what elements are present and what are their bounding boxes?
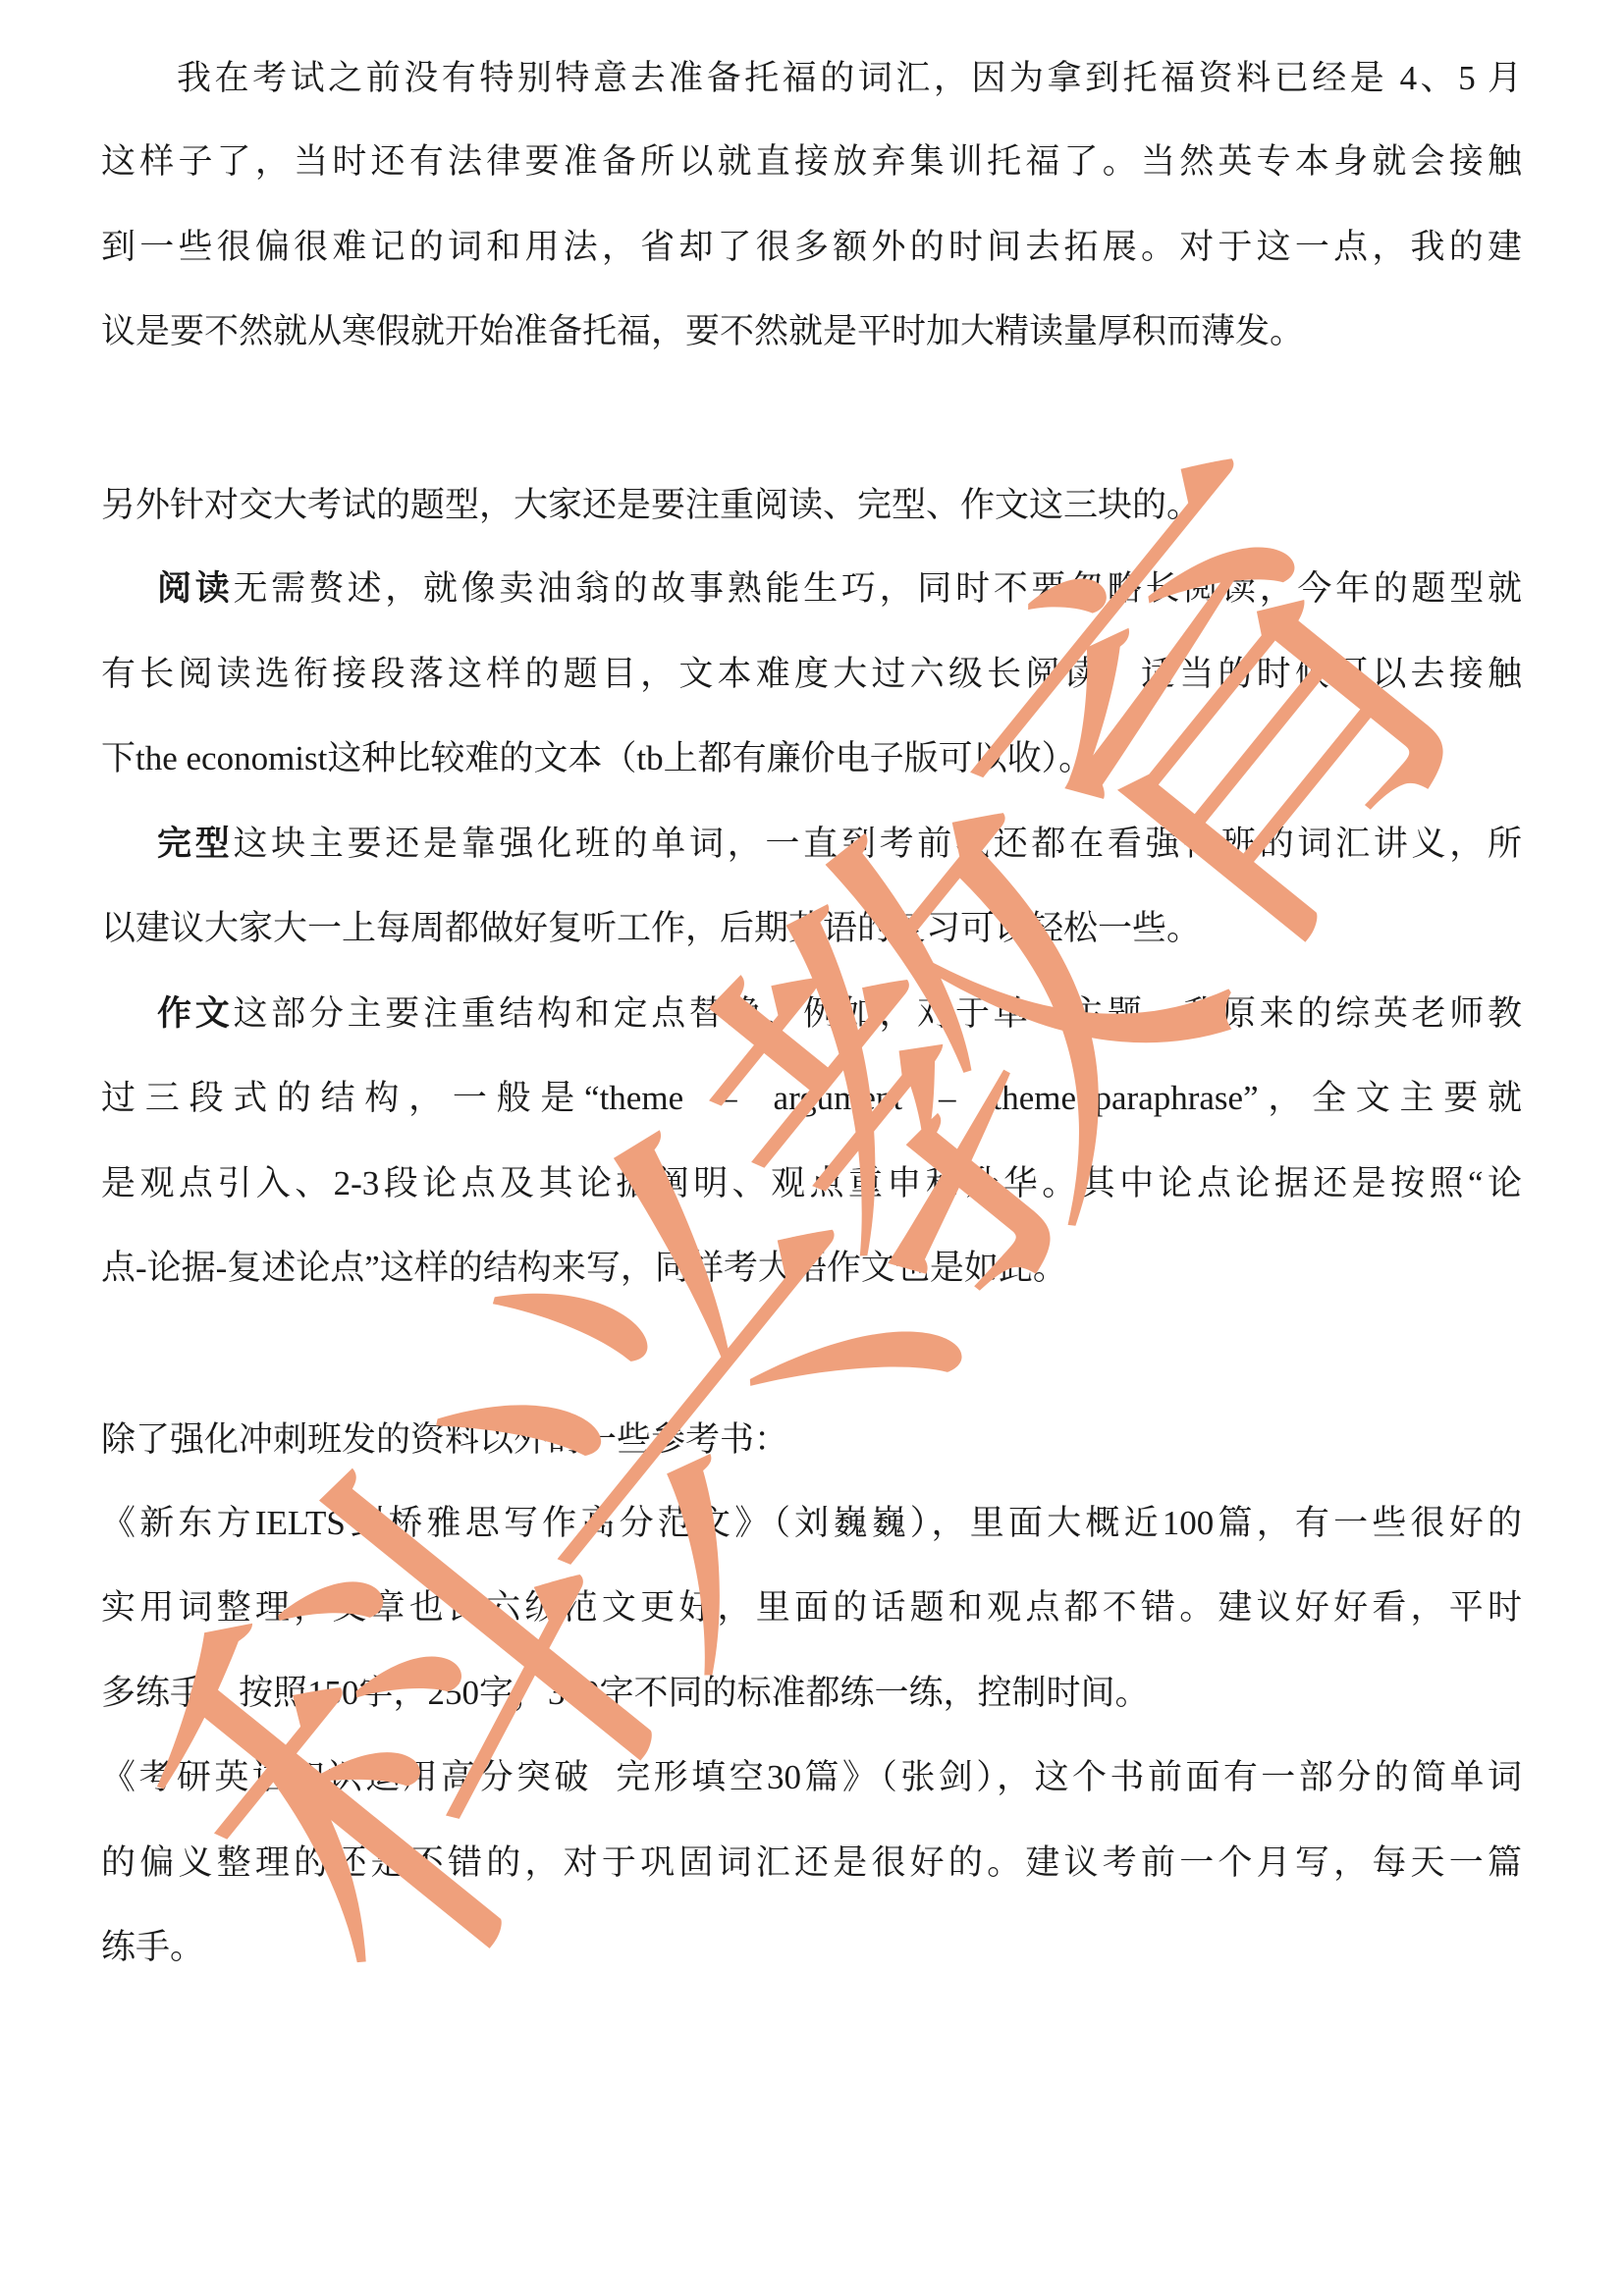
document-page: 我在考试之前没有特别特意去准备托福的词汇，因为拿到托福资料已经是 4、5 月 这…: [0, 0, 1624, 2296]
writing-heading: 作文: [157, 994, 233, 1033]
cloze-heading: 完型: [157, 825, 233, 863]
paragraph-line: 另外针对交大考试的题型，大家还是要注重阅读、完型、作文这三块的。: [101, 476, 1522, 535]
paragraph-line: 过三段式的结构，一般是“theme – argument – theme par…: [101, 1069, 1522, 1128]
paragraph-line: 到一些很偏很难记的词和用法，省却了很多额外的时间去拓展。对于这一点，我的建: [101, 218, 1522, 277]
paragraph-line: 点-论据-复述论点”这样的结构来写，同样考大语作文也是如此。: [101, 1239, 1522, 1298]
paragraph-line: 多练手。按照150字，250字，300字不同的标准都练一练，控制时间。: [101, 1664, 1522, 1723]
paragraph-line: 练手。: [101, 1918, 1522, 1977]
paragraph-line: 以建议大家大一上每周都做好复听工作，后期英语的复习可以轻松一些。: [101, 899, 1522, 958]
paragraph-line: 我在考试之前没有特别特意去准备托福的词汇，因为拿到托福资料已经是 4、5 月: [177, 49, 1522, 108]
paragraph-line: 下the economist这种比较难的文本（tb上都有廉价电子版可以收）。: [101, 729, 1522, 788]
paragraph-line: 除了强化冲刺班发的资料以外的一些参考书：: [101, 1411, 1522, 1469]
paragraph-text: 这块主要还是靠强化班的单词，一直到考前我还都在看强化班的词汇讲义，所: [233, 825, 1522, 863]
paragraph-line: 有长阅读选衔接段落这样的题目，文本难度大过六级长阅读，适当的时候可以去接触: [101, 645, 1522, 704]
paragraph-line: 是观点引入、2-3段论点及其论据阐明、观点重申和升华。其中论点论据还是按照“论: [101, 1154, 1522, 1213]
paragraph-line: 议是要不然就从寒假就开始准备托福，要不然就是平时加大精读量厚积而薄发。: [101, 302, 1522, 361]
book-entry-line: 《新东方IELTS剑桥雅思写作高分范文》（刘巍巍），里面大概近100篇，有一些很…: [101, 1494, 1522, 1553]
paragraph-line: 这样子了，当时还有法律要准备所以就直接放弃集训托福了。当然英专本身就会接触: [101, 133, 1522, 191]
paragraph-line: 实用词整理，文章也比六级范文更好，里面的话题和观点都不错。建议好好看，平时: [101, 1578, 1522, 1637]
paragraph-text: 这部分主要注重结构和定点替换，例如，对于单一主题，我原来的综英老师教: [233, 994, 1522, 1033]
reading-paragraph-line: 阅读无需赘述，就像卖油翁的故事熟能生巧，同时不要忽略长阅读，今年的题型就: [157, 560, 1522, 618]
writing-paragraph-line: 作文这部分主要注重结构和定点替换，例如，对于单一主题，我原来的综英老师教: [157, 985, 1522, 1043]
book-entry-line: 《考研英语知识运用高分突破 完形填空30篇》（张剑），这个书前面有一部分的简单词: [101, 1748, 1522, 1807]
cloze-paragraph-line: 完型这块主要还是靠强化班的单词，一直到考前我还都在看强化班的词汇讲义，所: [157, 815, 1522, 874]
reading-heading: 阅读: [157, 569, 233, 608]
paragraph-line: 的偏义整理的还是不错的，对于巩固词汇还是很好的。建议考前一个月写，每天一篇: [101, 1834, 1522, 1893]
paragraph-text: 无需赘述，就像卖油翁的故事熟能生巧，同时不要忽略长阅读，今年的题型就: [233, 569, 1522, 608]
